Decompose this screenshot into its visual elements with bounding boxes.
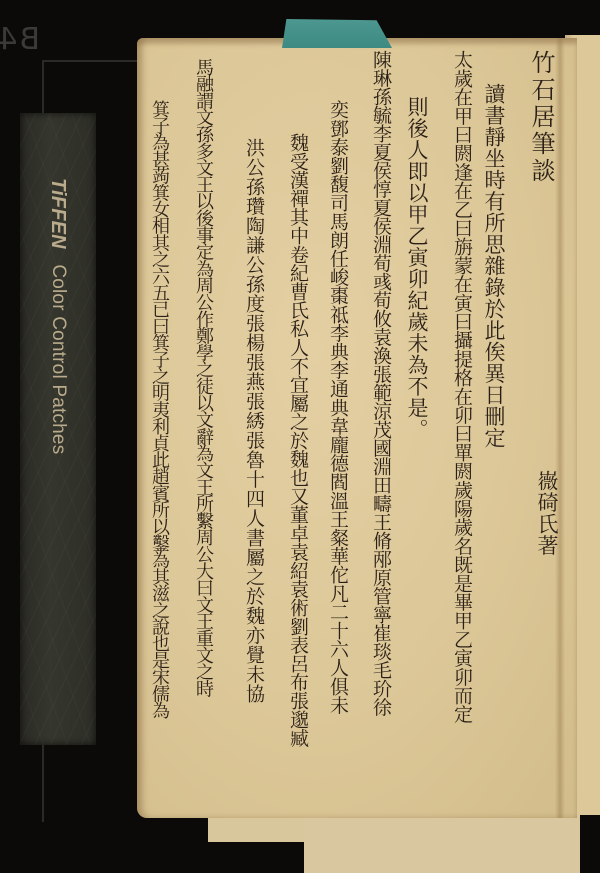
color-control-card: TiFFEN Color Control Patches — [20, 113, 96, 745]
color-card-text: Color Control Patches — [48, 264, 69, 454]
text-column-3: 則後人即以甲乙寅卯紀歲未為不是。 — [405, 96, 429, 440]
paper-slip-left — [208, 814, 306, 842]
text-column-6: 魏受漢禪其中卷紀曹氏私人不宜屬之於魏也又董卓袁紹袁術劉表呂布張邈臧 — [287, 133, 309, 747]
color-card-label: TiFFEN Color Control Patches — [46, 178, 69, 454]
text-column-8: 馬融謂文孫多文王以後事定為周公作鄭學之徒以文辭為文王所繫周公大曰文王重文之時 — [193, 58, 214, 696]
text-column-9: 箕子為甚蒟箕女相其之六五已曰箕子之明夷利貞此趙賓所以鑿為其滋之說也是宋儒為 — [149, 100, 170, 718]
background-marker: B4 — [0, 22, 40, 62]
author-signature: 嶶碕氏著 — [535, 470, 559, 556]
manuscript-page: 竹石居筆談 讀書靜坐時有所思雜錄於此俟異日刪定 嶶碕氏著 太歲在甲曰閼逢在乙曰旃… — [137, 38, 577, 818]
text-column-7: 洪公孫瓚陶謙公孫度張楊張燕張綉張魯十四人書屬之於魏亦覺未協 — [243, 138, 265, 704]
text-column-2: 太歲在甲曰閼逢在乙曰旃蒙在寅曰攝提格在卯曰單閼歲陽歲名既是畢甲乙寅卯而定 — [451, 50, 473, 723]
page-fold — [555, 38, 565, 818]
text-column-5: 奕鄧泰劉馥司馬朗任峻棗祗李典李通典韋龐德閻溫王粲華佗凡二十六人俱未 — [327, 100, 349, 714]
manuscript-title: 竹石居筆談 — [529, 50, 553, 185]
teal-bookmark-tab — [282, 15, 392, 48]
text-column-4: 陳琳孫毓李夏侯惇夏侯淵荀彧荀攸袁渙張範涼茂國淵田疇王脩邴原管寧崔琰毛玠徐 — [370, 50, 392, 716]
text-column-1: 讀書靜坐時有所思雜錄於此俟異日刪定 — [482, 83, 506, 449]
brand-logo: TiFFEN — [47, 178, 69, 249]
paper-slip-bottom — [304, 814, 580, 873]
